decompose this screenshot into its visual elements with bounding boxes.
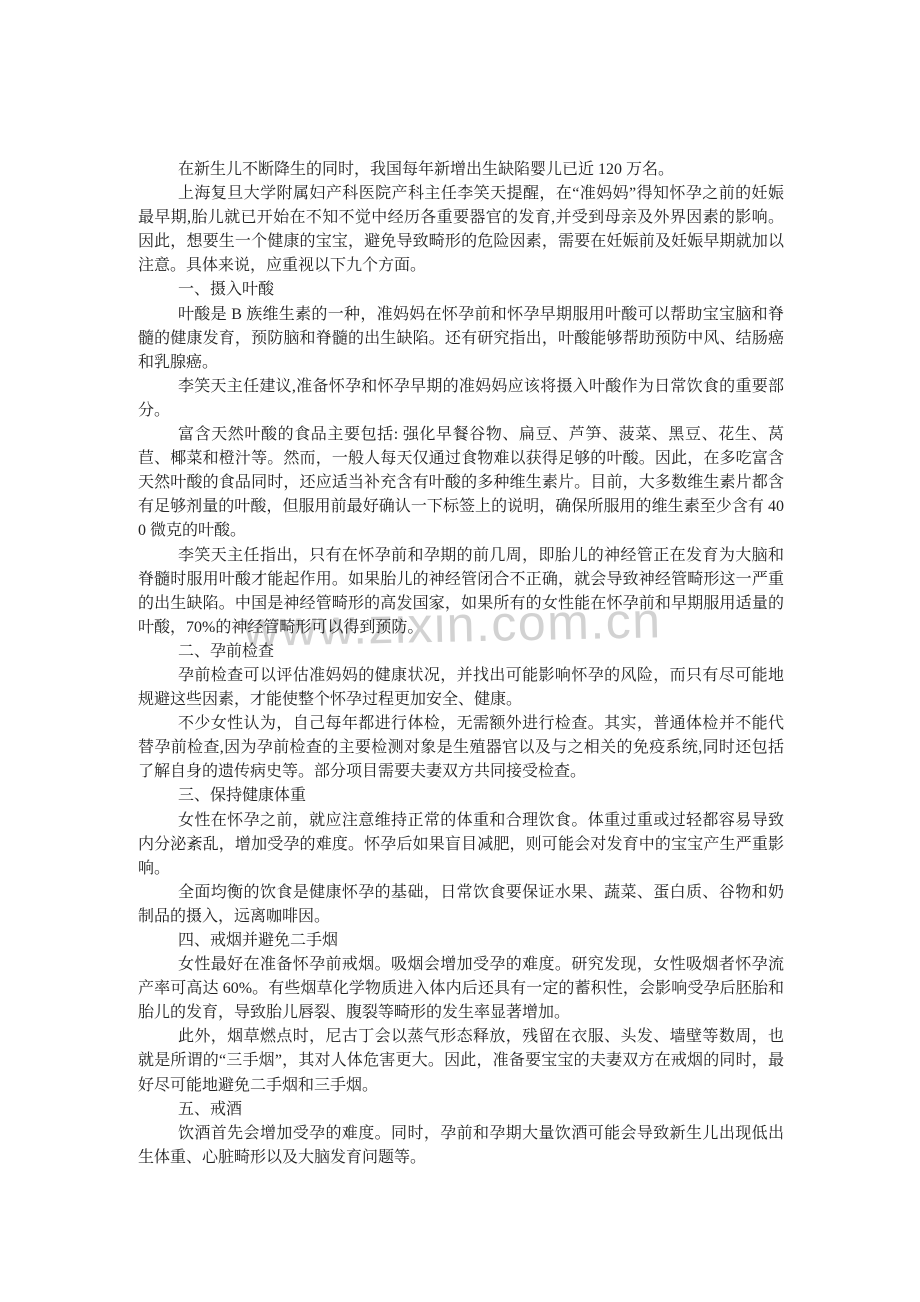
section-heading: 一、摄入叶酸 (138, 278, 784, 302)
paragraph: 李笑天主任建议,准备怀孕和怀孕早期的准妈妈应该将摄入叶酸作为日常饮食的重要部分。 (138, 375, 784, 423)
section-heading: 四、戒烟并避免二手烟 (138, 929, 784, 953)
document-body: 在新生儿不断降生的同时，我国每年新增出生缺陷婴儿已近 120 万名。上海复旦大学… (138, 158, 784, 1170)
paragraph: 不少女性认为，自己每年都进行体检，无需额外进行检查。其实，普通体检并不能代替孕前… (138, 712, 784, 784)
section-heading: 二、孕前检查 (138, 640, 784, 664)
paragraph: 饮酒首先会增加受孕的难度。同时，孕前和孕期大量饮酒可能会导致新生儿出现低出生体重… (138, 1122, 784, 1170)
paragraph: 叶酸是 B 族维生素的一种，准妈妈在怀孕前和怀孕早期服用叶酸可以帮助宝宝脑和脊髓… (138, 303, 784, 375)
paragraph: 全面均衡的饮食是健康怀孕的基础，日常饮食要保证水果、蔬菜、蛋白质、谷物和奶制品的… (138, 881, 784, 929)
paragraph: 富含天然叶酸的食品主要包括: 强化早餐谷物、扁豆、芦笋、菠菜、黑豆、花生、莴苣、… (138, 423, 784, 543)
paragraph: 李笑天主任指出，只有在怀孕前和孕期的前几周，即胎儿的神经管正在发育为大脑和脊髓时… (138, 544, 784, 640)
section-heading: 五、戒酒 (138, 1098, 784, 1122)
paragraph: 在新生儿不断降生的同时，我国每年新增出生缺陷婴儿已近 120 万名。 (138, 158, 784, 182)
paragraph: 孕前检查可以评估准妈妈的健康状况，并找出可能影响怀孕的风险，而只有尽可能地规避这… (138, 664, 784, 712)
section-heading: 三、保持健康体重 (138, 784, 784, 808)
paragraph: 女性最好在准备怀孕前戒烟。吸烟会增加受孕的难度。研究发现，女性吸烟者怀孕流产率可… (138, 953, 784, 1025)
paragraph: 上海复旦大学附属妇产科医院产科主任李笑天提醒，在“准妈妈”得知怀孕之前的妊娠最早… (138, 182, 784, 278)
document-page: www.zixin.com.cn 在新生儿不断降生的同时，我国每年新增出生缺陷婴… (0, 0, 920, 1302)
paragraph: 此外，烟草燃点时，尼古丁会以蒸气形态释放，残留在衣服、头发、墙壁等数周，也就是所… (138, 1025, 784, 1097)
paragraph: 女性在怀孕之前，就应注意维持正常的体重和合理饮食。体重过重或过轻都容易导致内分泌… (138, 809, 784, 881)
